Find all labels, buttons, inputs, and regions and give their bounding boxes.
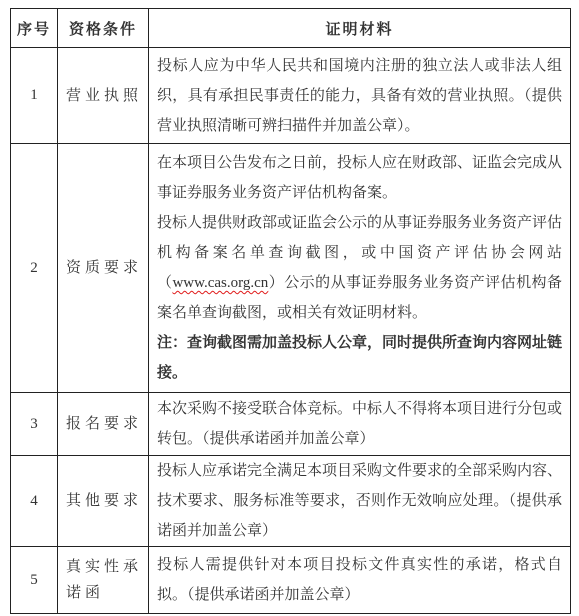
serial-number-cell: 5 [11, 547, 58, 614]
serial-number-cell: 3 [11, 393, 58, 456]
url-text: www.cas.org.cn [172, 275, 268, 291]
proof-materials-cell: 投标人应承诺完全满足本项目采购文件要求的全部采购内容、技术要求、服务标准等要求，… [149, 456, 571, 547]
materials-paragraph: 投标人需提供针对本项目投标文件真实性的承诺，格式自拟。（提供承诺函并加盖公章） [157, 550, 562, 610]
proof-materials-cell: 本次采购不接受联合体竞标。中标人不得将本项目进行分包或转包。（提供承诺函并加盖公… [149, 393, 571, 456]
table-header: 序号 资格条件 证明材料 [11, 9, 571, 48]
proof-materials-cell: 在本项目公告发布之日前，投标人应在财政部、证监会完成从事证券服务业务资产评估机构… [149, 144, 571, 393]
qualification-condition-cell: 报名要求 [58, 393, 149, 456]
document-page: 序号 资格条件 证明材料 1营业执照投标人应为中华人民共和国境内注册的独立法人或… [0, 0, 579, 616]
body-text: 投标人需提供针对本项目投标文件真实性的承诺，格式自拟。（提供承诺函并加盖公章） [157, 557, 562, 603]
table-row: 1营业执照投标人应为中华人民共和国境内注册的独立法人或非法人组织，具有承担民事责… [11, 48, 571, 144]
table-row: 2资质要求在本项目公告发布之日前，投标人应在财政部、证监会完成从事证券服务业务资… [11, 144, 571, 393]
materials-paragraph: 投标人应承诺完全满足本项目采购文件要求的全部采购内容、技术要求、服务标准等要求，… [157, 456, 562, 546]
body-text: 在本项目公告发布之日前，投标人应在财政部、证监会完成从事证券服务业务资产评估机构… [157, 155, 562, 201]
proof-materials-cell: 投标人需提供针对本项目投标文件真实性的承诺，格式自拟。（提供承诺函并加盖公章） [149, 547, 571, 614]
materials-paragraph: 注：查询截图需加盖投标人公章，同时提供所查询内容网址链接。 [157, 328, 562, 388]
qualification-condition-cell: 资质要求 [58, 144, 149, 393]
header-row: 序号 资格条件 证明材料 [11, 9, 571, 48]
serial-number-cell: 4 [11, 456, 58, 547]
table-row: 5真实性承诺函投标人需提供针对本项目投标文件真实性的承诺，格式自拟。（提供承诺函… [11, 547, 571, 614]
materials-paragraph: 投标人提供财政部或证监会公示的从事证券服务业务资产评估机构备案名单查询截图，或中… [157, 208, 562, 328]
note-bold-text: 注：查询截图需加盖投标人公章，同时提供所查询内容网址链接。 [157, 335, 562, 381]
table-body: 1营业执照投标人应为中华人民共和国境内注册的独立法人或非法人组织，具有承担民事责… [11, 48, 571, 614]
body-text: 本次采购不接受联合体竞标。中标人不得将本项目进行分包或转包。（提供承诺函并加盖公… [157, 401, 562, 447]
qualification-condition-cell: 真实性承诺函 [58, 547, 149, 614]
qualification-requirements-table: 序号 资格条件 证明材料 1营业执照投标人应为中华人民共和国境内注册的独立法人或… [10, 8, 571, 614]
serial-number-cell: 2 [11, 144, 58, 393]
table-row: 4其他要求投标人应承诺完全满足本项目采购文件要求的全部采购内容、技术要求、服务标… [11, 456, 571, 547]
header-serial-number: 序号 [11, 9, 58, 48]
header-qualification-condition: 资格条件 [58, 9, 149, 48]
table-row: 3报名要求本次采购不接受联合体竞标。中标人不得将本项目进行分包或转包。（提供承诺… [11, 393, 571, 456]
proof-materials-cell: 投标人应为中华人民共和国境内注册的独立法人或非法人组织，具有承担民事责任的能力，… [149, 48, 571, 144]
qualification-condition-cell: 其他要求 [58, 456, 149, 547]
serial-number-cell: 1 [11, 48, 58, 144]
materials-paragraph: 本次采购不接受联合体竞标。中标人不得将本项目进行分包或转包。（提供承诺函并加盖公… [157, 394, 562, 454]
header-proof-materials: 证明材料 [149, 9, 571, 48]
materials-paragraph: 在本项目公告发布之日前，投标人应在财政部、证监会完成从事证券服务业务资产评估机构… [157, 148, 562, 208]
body-text: 投标人应承诺完全满足本项目采购文件要求的全部采购内容、技术要求、服务标准等要求，… [157, 463, 562, 539]
qualification-condition-cell: 营业执照 [58, 48, 149, 144]
body-text: 投标人应为中华人民共和国境内注册的独立法人或非法人组织，具有承担民事责任的能力，… [157, 58, 562, 134]
materials-paragraph: 投标人应为中华人民共和国境内注册的独立法人或非法人组织，具有承担民事责任的能力，… [157, 51, 562, 141]
